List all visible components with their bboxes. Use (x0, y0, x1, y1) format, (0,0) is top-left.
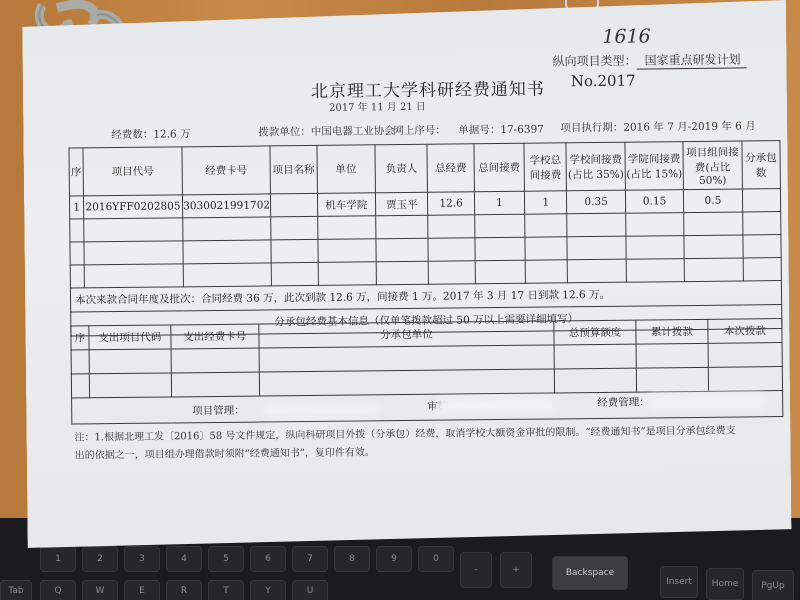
key-minus: - (460, 552, 492, 588)
row-cell: 3030021991702 (182, 194, 271, 218)
key-8: 8 (334, 546, 370, 572)
project-type-label: 纵向项目类型： (553, 54, 637, 69)
row-cell: 2016YFF0202805 (84, 195, 183, 219)
header-cell: 经费卡号 (182, 146, 271, 195)
key-6: 6 (250, 546, 286, 572)
finance-manager-label: 经费管理： (597, 394, 650, 410)
key-t: T (208, 580, 244, 600)
execution-period: 项目执行期：2016 年 7 月-2019 年 6 月 (560, 118, 756, 135)
row-cell (742, 189, 781, 212)
row-cell: 0.15 (625, 190, 684, 214)
key-5: 5 (208, 546, 244, 572)
key-insert: Insert (660, 566, 698, 598)
header-cell: 分承包单位 (259, 321, 555, 348)
redacted-signature (261, 402, 381, 417)
key-e: E (124, 580, 160, 600)
key-pgup: PgUp (752, 570, 794, 600)
handwritten-number: 1616 (602, 25, 651, 48)
footnote-line-1: 注：1.根据北理工发〔2016〕58 号文件规定，纵向科研项目外拨（分承包）经费… (74, 423, 735, 448)
header-cell: 学院间接费(占比 15%) (625, 142, 684, 191)
header-cell: 支出项目代码 (89, 325, 171, 350)
row-cell: 1 (69, 196, 83, 219)
header-cell: 学校间接费(占比 35%) (566, 142, 625, 191)
header-cell: 序 (71, 326, 89, 350)
header-cell: 总预算额度 (554, 320, 636, 345)
document-number: No.2017 (571, 72, 636, 91)
key-backspace: Backspace (552, 556, 628, 590)
key-4: 4 (166, 546, 202, 572)
funding-notice-document: 1616 纵向项目类型：国家重点研发计划 北京理工大学科研经费通知书 No.20… (22, 0, 792, 548)
header-cell: 单位 (317, 145, 376, 194)
key-1: 1 (40, 546, 76, 572)
key-2: 2 (82, 546, 118, 572)
header-cell: 学校总间接费 (524, 143, 567, 191)
header-cell: 项目代号 (83, 147, 182, 196)
key-home: Home (706, 568, 744, 600)
voucher-number: 单据号：17-6397 (458, 122, 544, 138)
project-type: 纵向项目类型：国家重点研发计划 (552, 50, 746, 69)
key-u: U (292, 580, 328, 600)
header-cell: 项目组间接费(占比 50%) (683, 141, 742, 190)
row-cell: 1 (525, 191, 568, 214)
key-plus: + (500, 552, 532, 588)
row-cell: 机车学院 (317, 193, 376, 217)
header-cell: 负责人 (375, 144, 428, 193)
project-manager-label: 项目管理： (192, 403, 245, 419)
allocating-unit: 拨款单位：中国电器工业协会 (258, 123, 395, 139)
row-cell: 1 (474, 191, 525, 215)
key-0: 0 (418, 546, 454, 572)
header-cell: 本次拨款 (708, 319, 782, 344)
redacted-signature (646, 392, 766, 411)
key-r: R (166, 580, 202, 600)
document-date: 2017 年 11 月 21 日 (329, 98, 426, 114)
header-cell: 累计拨款 (636, 319, 708, 344)
key-q: Q (40, 580, 76, 600)
funding-amount: 经费数：12.6 万 (111, 126, 190, 142)
header-cell: 总间接费 (474, 143, 525, 192)
footnote-line-2: 出的依据之一，项目组办理借款时须附“经费通知书”，复印件有效。 (75, 444, 375, 465)
header-cell: 分承包数 (742, 141, 781, 189)
key-9: 9 (376, 546, 412, 572)
key-3: 3 (124, 546, 160, 572)
redacted-signature (436, 397, 556, 414)
funding-table: 序 项目代号 经费卡号 项目名称 单位 负责人 总经费 总间接费 学校总间接费 … (68, 140, 782, 336)
row-cell: 0.5 (684, 189, 743, 213)
header-cell: 总经费 (427, 144, 474, 192)
key-tab: Tab (0, 580, 32, 600)
row-cell: 0.35 (567, 190, 626, 214)
row-cell: 12.6 (428, 192, 475, 215)
row-cell (271, 193, 318, 216)
row-cell: 贾玉平 (375, 192, 428, 216)
header-cell: 序 (69, 148, 84, 196)
key-w: W (82, 580, 118, 600)
project-type-value: 国家重点研发计划 (637, 52, 747, 69)
key-y: Y (250, 580, 286, 600)
header-cell: 项目名称 (270, 145, 317, 193)
header-cell: 支出经费卡号 (171, 324, 259, 349)
key-7: 7 (292, 546, 328, 572)
online-serial: 网上序号： (393, 123, 446, 139)
table-header-row: 序 项目代号 经费卡号 项目名称 单位 负责人 总经费 总间接费 学校总间接费 … (69, 141, 780, 196)
